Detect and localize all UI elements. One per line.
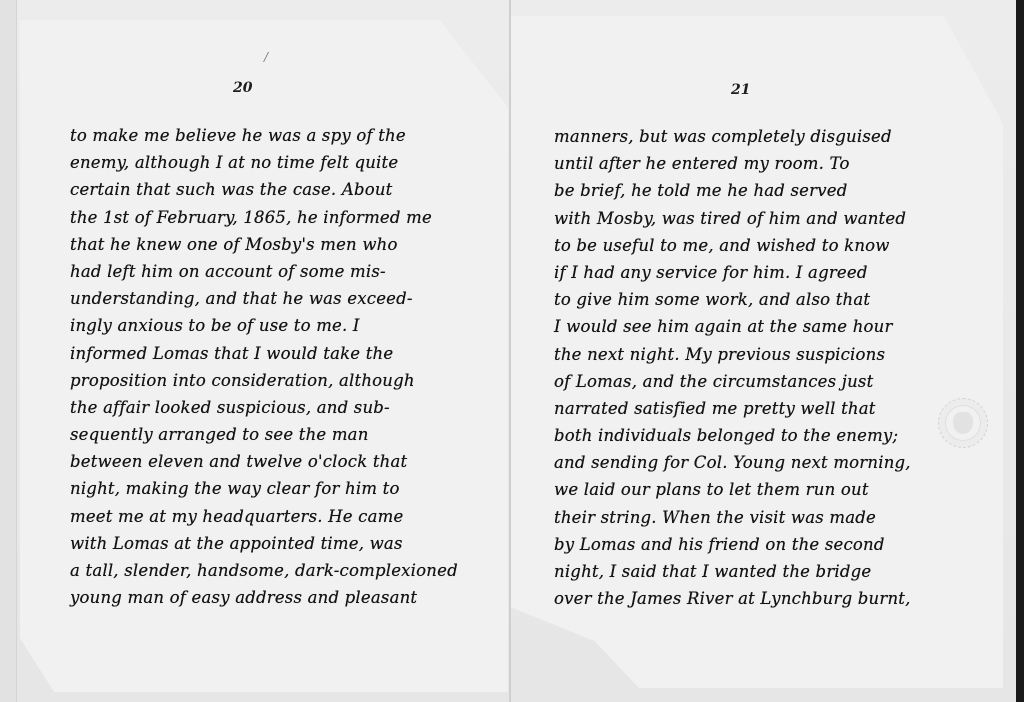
text-line: sequently arranged to see the man bbox=[70, 421, 458, 448]
text-line: both individuals belonged to the enemy; bbox=[554, 422, 911, 449]
text-line: the affair looked suspicious, and sub- bbox=[70, 394, 458, 421]
text-line: their string. When the visit was made bbox=[554, 504, 911, 531]
text-line: night, I said that I wanted the bridge bbox=[554, 558, 911, 585]
right-scan-edge bbox=[1016, 0, 1024, 702]
text-line: proposition into consideration, although bbox=[70, 367, 458, 394]
eagle-emblem-icon bbox=[953, 412, 973, 434]
pencil-mark: / bbox=[264, 50, 268, 64]
text-line: we laid our plans to let them run out bbox=[554, 476, 911, 503]
text-line: young man of easy address and pleasant bbox=[70, 584, 458, 611]
text-line: informed Lomas that I would take the bbox=[70, 340, 458, 367]
text-line: with Lomas at the appointed time, was bbox=[70, 530, 458, 557]
text-line: certain that such was the case. About bbox=[70, 176, 458, 203]
text-line: the 1st of February, 1865, he informed m… bbox=[70, 204, 458, 231]
page-number: 21 bbox=[731, 82, 750, 98]
handwritten-text-block: to make me believe he was a spy of the e… bbox=[70, 122, 458, 611]
page-number: 20 bbox=[233, 80, 252, 96]
text-line: I would see him again at the same hour bbox=[554, 313, 911, 340]
text-line: until after he entered my room. To bbox=[554, 150, 911, 177]
text-line: that he knew one of Mosby's men who bbox=[70, 231, 458, 258]
text-line: to be useful to me, and wished to know bbox=[554, 232, 911, 259]
text-line: to give him some work, and also that bbox=[554, 286, 911, 313]
page-gutter bbox=[509, 0, 511, 702]
text-line: narrated satisfied me pretty well that bbox=[554, 395, 911, 422]
text-line: meet me at my headquarters. He came bbox=[70, 503, 458, 530]
text-line: of Lomas, and the circumstances just bbox=[554, 368, 911, 395]
left-scan-edge bbox=[0, 0, 17, 702]
text-line: by Lomas and his friend on the second bbox=[554, 531, 911, 558]
text-line: with Mosby, was tired of him and wanted bbox=[554, 205, 911, 232]
text-line: to make me believe he was a spy of the bbox=[70, 122, 458, 149]
text-line: enemy, although I at no time felt quite bbox=[70, 149, 458, 176]
text-line: understanding, and that he was exceed- bbox=[70, 285, 458, 312]
text-line: over the James River at Lynchburg burnt, bbox=[554, 585, 911, 612]
library-stamp-icon bbox=[938, 398, 988, 448]
text-line: between eleven and twelve o'clock that bbox=[70, 448, 458, 475]
text-line: manners, but was completely disguised bbox=[554, 123, 911, 150]
text-line: and sending for Col. Young next morning, bbox=[554, 449, 911, 476]
text-line: the next night. My previous suspicions bbox=[554, 341, 911, 368]
text-line: be brief, he told me he had served bbox=[554, 177, 911, 204]
text-line: had left him on account of some mis- bbox=[70, 258, 458, 285]
text-line: ingly anxious to be of use to me. I bbox=[70, 312, 458, 339]
text-line: night, making the way clear for him to bbox=[70, 475, 458, 502]
manuscript-page-right: 21 manners, but was completely disguised… bbox=[511, 16, 1003, 688]
text-line: a tall, slender, handsome, dark-complexi… bbox=[70, 557, 458, 584]
manuscript-page-left: / 20 to make me believe he was a spy of … bbox=[20, 20, 508, 692]
handwritten-text-block: manners, but was completely disguised un… bbox=[554, 123, 911, 612]
text-line: if I had any service for him. I agreed bbox=[554, 259, 911, 286]
